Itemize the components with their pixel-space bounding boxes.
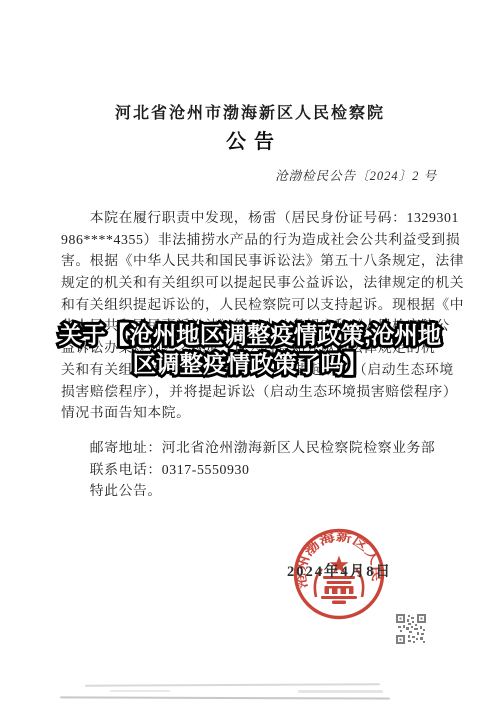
body-line: 邮寄地址：河北省沧州渤海新区人民检察院检察业务部 (61, 437, 441, 459)
org-title: 河北省沧州市渤海新区人民检察院 (0, 100, 500, 123)
document-page: 河北省沧州市渤海新区人民检察院 公告 沧渤检民公告〔2024〕2 号 本院在履行… (0, 0, 500, 705)
body-line: 华人民共和国民事诉讼法》第五十八条规定和《人民检察院公 (61, 315, 441, 337)
body-line: 损害赔偿程序），并将提起诉讼（启动生态环境损害赔偿程序） (61, 381, 441, 403)
body-line: 情况书面告知本院。 (61, 402, 441, 424)
seal-date: 2024年4月8日 (287, 560, 392, 581)
doc-type-title: 公告 (0, 125, 500, 154)
scan-smudge (60, 696, 390, 699)
doc-number: 沧渤检民公告〔2024〕2 号 (275, 166, 437, 184)
scan-smudge (298, 690, 383, 693)
body-line: 和有关组织提起诉讼的，人民检察院可以支持起诉。现根据《中 (61, 294, 441, 316)
body-text: 本院在履行职责中发现，杨雷（居民身份证号码：1329301986****4355… (61, 207, 441, 502)
body-line: 986****4355）非法捕捞水产品的行为造成社会公共利益受到损 (61, 229, 441, 251)
body-line: 害。根据《中华人民共和国民事诉讼法》第五十八条规定，法律 (61, 250, 441, 272)
body-line: 关和有关组织,在本公告发出三十日内提起诉讼（启动生态环境 (61, 359, 441, 381)
body-line: 特此公告。 (61, 480, 441, 502)
body-line: 本院在履行职责中发现，杨雷（居民身份证号码：1329301 (61, 207, 441, 229)
body-line: 联系电话：0317-5550930 (61, 459, 441, 481)
qr-code-icon (396, 613, 426, 645)
body-line: 益诉讼办案规则》之规定，现公告告知并邀请法律规定的机 (61, 337, 441, 359)
body-line: 规定的机关和有关组织可以提起民事公益诉讼，法律规定的机关 (61, 272, 441, 294)
scan-smudge (85, 683, 380, 687)
scan-smudge (110, 690, 170, 692)
